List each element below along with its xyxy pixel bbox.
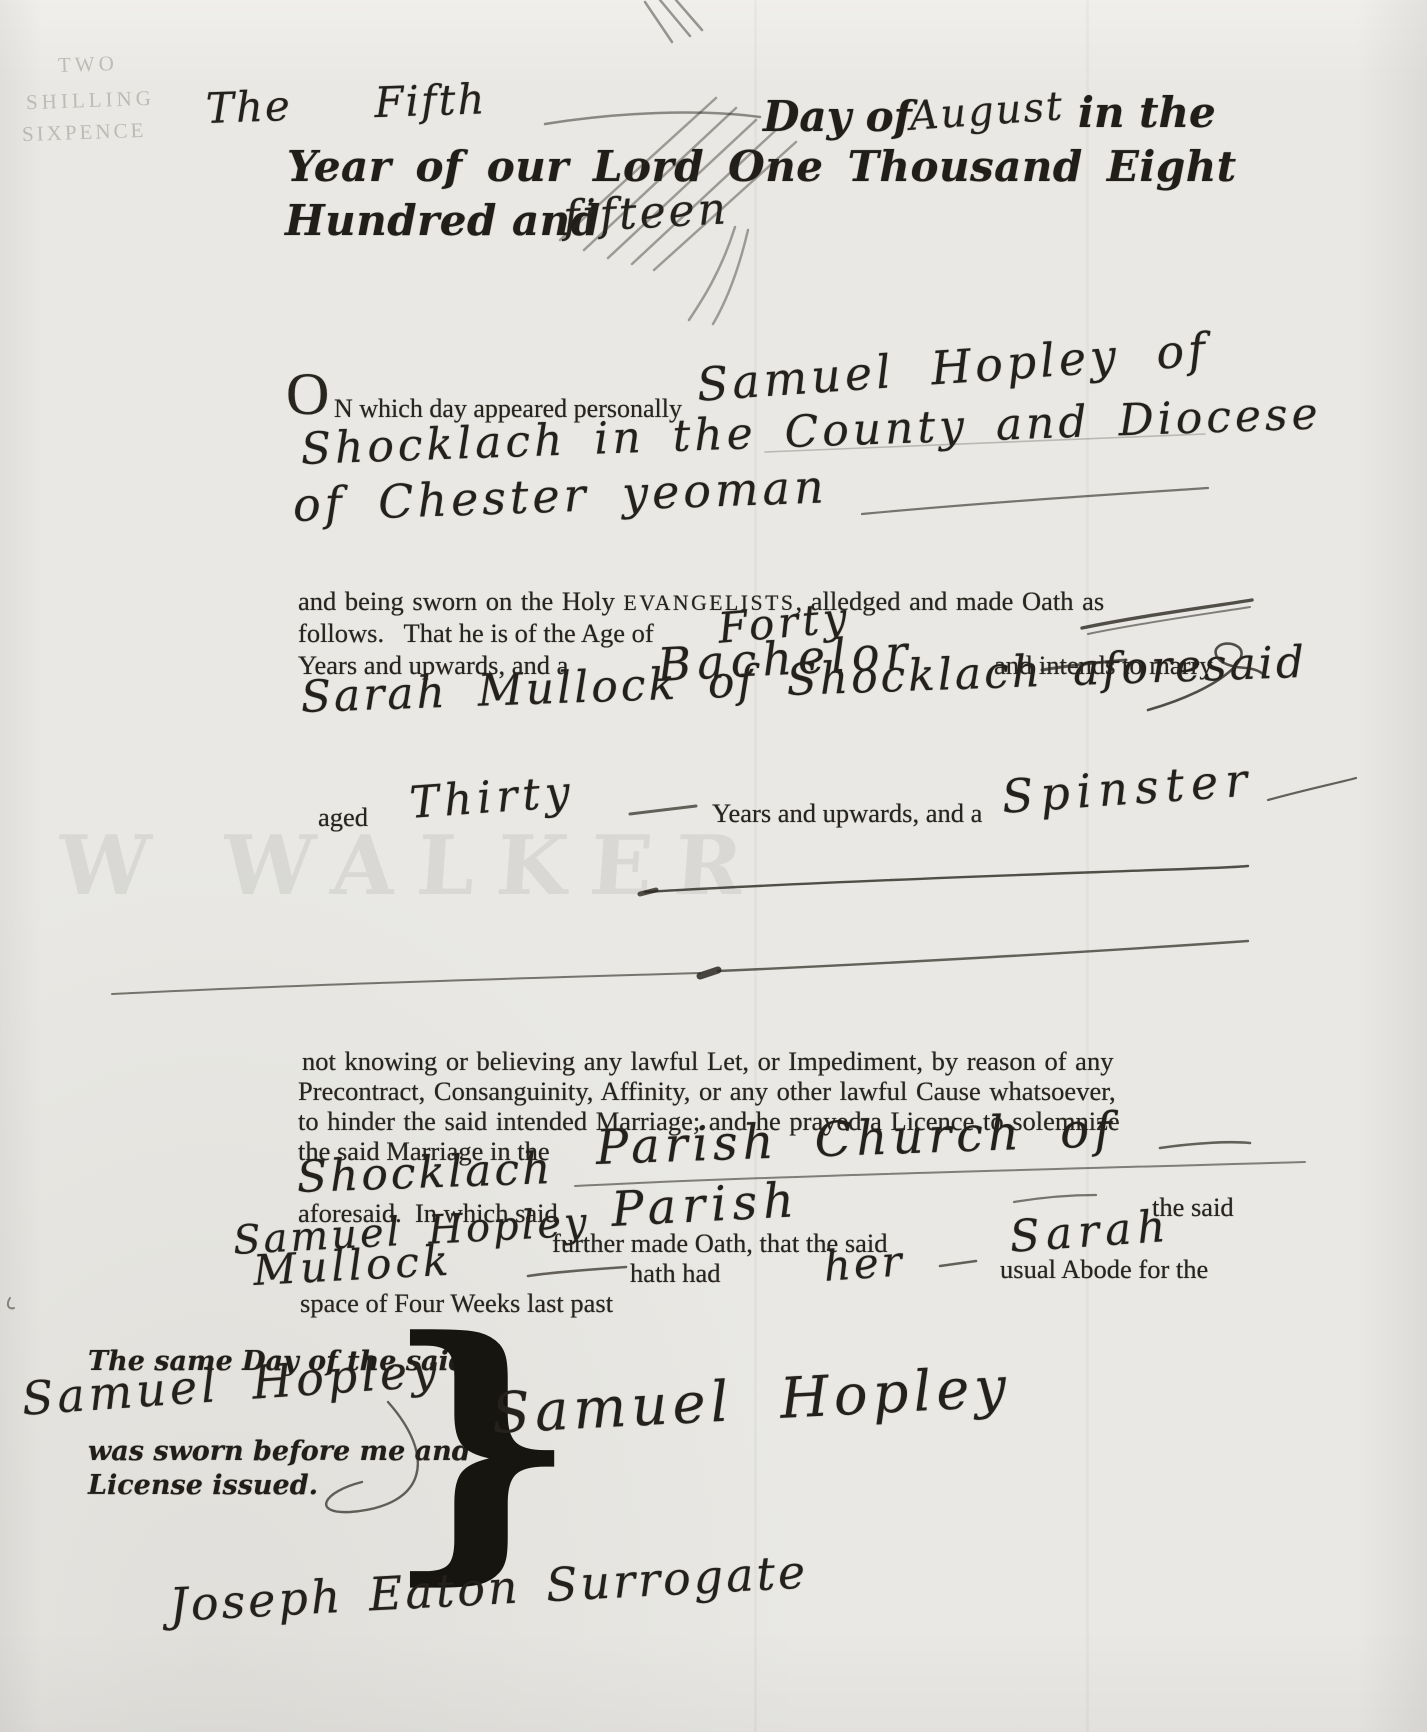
- printed-licence-line2: Precontract, Consanguinity, Affinity, or…: [298, 1076, 1116, 1107]
- printed-usual-abode: usual Abode for the: [1000, 1254, 1208, 1285]
- printed-oath-line1: and being sworn on the Holy Evangelists,…: [298, 586, 1104, 617]
- attestation-brace: }: [382, 1330, 580, 1560]
- printed-aged: aged: [318, 802, 368, 833]
- printed-licence-line1: not knowing or believing any lawful Let,…: [302, 1046, 1113, 1077]
- printed-year-line: Year of our Lord One Thousand Eight: [287, 142, 1237, 191]
- dropcap-o: O: [286, 364, 329, 424]
- duty-stamp-line2: SHILLING: [26, 86, 156, 115]
- oath-line1a: and being sworn on the Holy: [298, 586, 624, 616]
- long-rule-2a: [112, 973, 700, 994]
- printed-oath-line2: follows. That he is of the Age of: [298, 618, 654, 649]
- paper-watermark: W WALKER: [55, 818, 768, 914]
- dash-after-day: [545, 113, 760, 124]
- printed-years-upwards: Years and upwards, and a: [712, 798, 982, 829]
- dash-after-thirty: [630, 806, 696, 814]
- dash-after-mullock: [528, 1267, 626, 1276]
- duty-stamp-line3: SIXPENCE: [22, 118, 147, 147]
- hw-bride-condition: Spinster: [1000, 752, 1256, 823]
- duty-stamp-line1: TWO: [58, 51, 119, 78]
- printed-day-of: Day of: [763, 92, 912, 141]
- long-rule-2-blob: [700, 970, 718, 976]
- hw-year-word: fifteen: [562, 183, 730, 243]
- hw-day-of-month: The Fifth: [205, 74, 487, 133]
- printed-hath-had: hath had: [630, 1258, 721, 1289]
- top-edge-scribble: [645, 0, 702, 42]
- long-rule-2b: [718, 941, 1248, 971]
- scanned-marriage-allegation-document: TWO SHILLING SIXPENCE W WALKER The Fifth…: [0, 0, 1427, 1732]
- dash-after-yeoman: [862, 488, 1208, 514]
- stray-mark: [8, 1298, 14, 1308]
- dash-after-parish: [1014, 1195, 1096, 1202]
- stroke-after-age: [1082, 600, 1252, 628]
- vertical-fold-line: [1086, 0, 1089, 1732]
- hw-place-shocklach: Shocklach: [296, 1143, 554, 1203]
- printed-in-the: in the: [1078, 88, 1216, 137]
- spinster-tail: [1268, 778, 1356, 800]
- printed-attestation-line3: License issued.: [88, 1470, 318, 1501]
- hw-month: August: [908, 83, 1065, 140]
- stroke-after-age-2: [1088, 607, 1250, 634]
- printed-hundred-and: Hundred and: [285, 196, 601, 245]
- dash-after-her: [940, 1261, 976, 1266]
- hw-pronoun-her: her: [822, 1236, 906, 1291]
- dash-after-church: [1160, 1142, 1250, 1148]
